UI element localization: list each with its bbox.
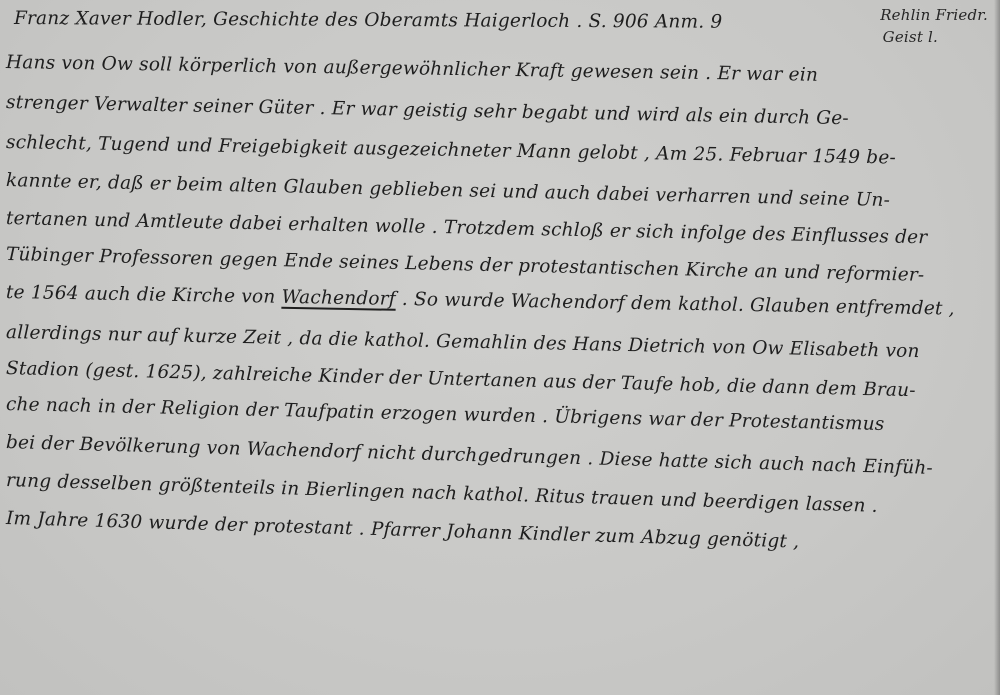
margin-note-line-2: Geist l. <box>883 26 938 48</box>
body-line-3: schlecht, Tugend und Freigebigkeit ausge… <box>6 132 896 169</box>
handwritten-document-page: Franz Xaver Hodler, Geschichte des Obera… <box>0 0 1000 695</box>
body-line-7-start: te 1564 auch die Kirche von <box>6 282 282 308</box>
body-line-6: Tübinger Professoren gegen Ende seines L… <box>6 244 925 286</box>
body-line-5: tertanen und Amtleute dabei erhalten wol… <box>6 208 928 248</box>
source-citation: Franz Xaver Hodler, Geschichte des Obera… <box>14 8 723 33</box>
body-line-12: rung desselben größtenteils in Bierlinge… <box>6 470 878 517</box>
body-line-8: allerdings nur auf kurze Zeit , da die k… <box>6 322 920 362</box>
body-line-4: kannte er, daß er beim alten Glauben geb… <box>6 170 891 211</box>
body-line-2: strenger Verwalter seiner Güter . Er war… <box>6 92 849 129</box>
underlined-place-name: Wachendorf <box>281 287 396 310</box>
body-line-7-end: . So wurde Wachendorf dem kathol. Glaube… <box>396 289 955 320</box>
body-line-10: che nach in der Religion der Taufpatin e… <box>6 394 885 435</box>
body-line-13: Im Jahre 1630 wurde der protestant . Pfa… <box>6 508 800 553</box>
body-line-7: te 1564 auch die Kirche von Wachendorf .… <box>6 282 955 320</box>
body-line-11: bei der Bevölkerung von Wachendorf nicht… <box>6 432 934 479</box>
body-line-9: Stadion (gest. 1625), zahlreiche Kinder … <box>6 358 916 401</box>
margin-note-line-1: Rehlin Friedr. <box>880 4 988 26</box>
body-line-1: Hans von Ow soll körperlich von außergew… <box>6 52 818 86</box>
